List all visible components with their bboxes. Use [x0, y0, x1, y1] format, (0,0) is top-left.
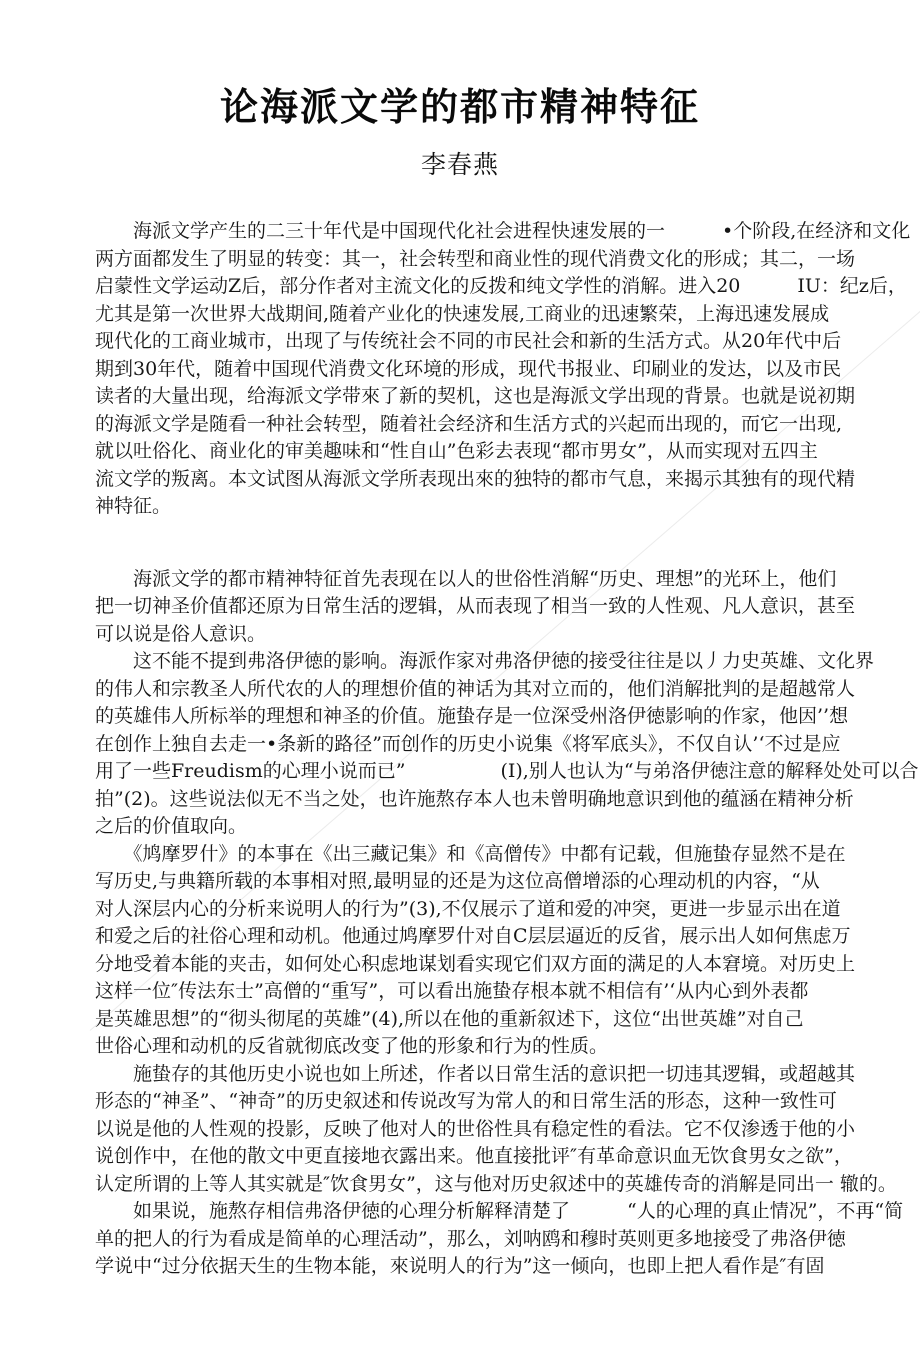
text-line: 之后的价值取向。	[95, 813, 825, 841]
text-line: 认定所谓的上等人其实就是″饮食男女”，这与他对历史叙述中的英雄传奇的消解是同出一…	[95, 1171, 825, 1199]
text-line: 和爱之后的社俗心理和动机。他通过鸠摩罗什对自C层层逼近的反省，展示出人如何焦虑万	[95, 923, 825, 951]
text-line: 形态的“神圣”、“神奇”的历史叙述和传说改写为常人的和日常生活的形态，这种一致性…	[95, 1088, 825, 1116]
text-line: 这样一位″传法东士”高僧的“重写”，可以看出施蛰存根本就不相信有’‘从内心到外表…	[95, 978, 825, 1006]
paragraph: 如果说，施熬存相信弗洛伊徳的心理分析解释清楚了 “人的心理的真止情况”，不再“简…	[95, 1198, 825, 1281]
text-line: 写历史,与典籍所载的本事相对照,最明显的还是为这位高僧增添的心理动机的内容，“从	[95, 868, 825, 896]
text-line: 流文学的叛离。本文试图从海派文学所表现出來的独特的都市气息，来揭示其独有的现代精	[95, 466, 825, 494]
text-line: 这不能不提到弗洛伊徳的影响。海派作家对弗洛伊徳的接受往往是以丿力史英雄、文化界	[95, 648, 825, 676]
text-line: 现代化的工商业城市，出现了与传统社会不同的市民社会和新的生活方式。从20年代中后	[95, 328, 825, 356]
text-line: 期到30年代，随着中国现代消费文化环境的形成，现代书报业、印刷业的发达，以及市民	[95, 356, 825, 384]
text-line: 是英雄思想”的“彻头彻尾的英雄”(4),所以在他的重新叙述下，这位“出世英雄”对…	[95, 1006, 825, 1034]
text-line: 的伟人和宗教圣人所代农的人的理想价值的神话为其对立而的，他们消解批判的是超越常人	[95, 676, 825, 704]
page-title: 论海派文学的都市精神特征	[0, 84, 920, 130]
text-line: 说创作中，在他的散文中更直接地衣露出来。他直接批评″有革命意识血无饮食男女之欲”…	[95, 1143, 825, 1171]
paragraph: 海派文学的都市精神特征首先表现在以人的世俗性消解“历史、理想”的光环上，他们把一…	[95, 566, 825, 649]
text-line: 就以吐俗化、商业化的审美趣味和“性自山”色彩去表现“都市男女”，从而实现对五四主	[95, 438, 825, 466]
text-line: 《鸠摩罗什》的本事在《出三藏记集》和《高僧传》中都有记载，但施蛰存显然不是在	[95, 841, 825, 869]
text-line: 读者的大量出现，给海派文学带來了新的契机，这也是海派文学出现的背景。也就是说初期	[95, 383, 825, 411]
text-line: 可以说是俗人意识。	[95, 621, 825, 649]
text-line: 在创作上独自去走一•条新的路径”而创作的历史小说集《将军底头》，不仅自认’‘不过…	[95, 731, 825, 759]
paragraph: 施蛰存的其他历史小说也如上所述，作者以日常生活的意识把一切违其逻辑，或超越其形态…	[95, 1061, 825, 1199]
text-line: 把一切神圣价值都还原为日常生活的逻辑，从而表现了相当一致的人性观、凡人意识，甚至	[95, 593, 825, 621]
text-line: 两方面都发生了明显的转变：其一，社会转型和商业性的现代消费文化的形成；其二，一场	[95, 246, 825, 274]
text-line: 世俗心理和动机的反省就彻底改变了他的形象和行为的性质。	[95, 1033, 825, 1061]
text-line: 的英雄伟人所标举的理想和神圣的价值。施蛰存是一位深受州洛伊徳影响的作家，他因’’…	[95, 703, 825, 731]
paragraph: 海派文学产生的二三十年代是中国现代化社会进程快速发展的一 •个阶段,在经济和文化…	[95, 218, 825, 521]
paragraph: 这不能不提到弗洛伊徳的影响。海派作家对弗洛伊徳的接受往往是以丿力史英雄、文化界的…	[95, 648, 825, 841]
text-line: 分地受着本能的夹击，如何处心积虑地谋划看实现它们双方面的满足的人本窘境。对历史上	[95, 951, 825, 979]
paragraph: 《鸠摩罗什》的本事在《出三藏记集》和《高僧传》中都有记载，但施蛰存显然不是在写历…	[95, 841, 825, 1061]
text-line: 尤其是第一次世界大战期间,随着产业化的快速发展,工商业的迅速繁荣，上海迅速发展成	[95, 301, 825, 329]
text-line: 拍”(2)。这些说法似无不当之处，也许施熬存本人也未曾明确地意识到他的蕴涵在精神…	[95, 786, 825, 814]
text-line: 对人深层内心的分析来说明人的行为”(3),不仅展示了道和爱的冲突，更进一步显示出…	[95, 896, 825, 924]
text-line: 单的把人的行为看成是简单的心理活动”，那么，刘呐鸥和穆时英则更多地接受了弗洛伊徳	[95, 1226, 825, 1254]
text-line: 如果说，施熬存相信弗洛伊徳的心理分析解释清楚了 “人的心理的真止情况”，不再“简	[95, 1198, 825, 1226]
text-line: 神特征。	[95, 493, 825, 521]
document-page: 论海派文学的都市精神特征 李春燕 海派文学产生的二三十年代是中国现代化社会进程快…	[0, 0, 920, 1361]
text-line: 学说中“过分依据天生的生物本能，來说明人的行为”这一倾向，也即上把人看作是″有固	[95, 1253, 825, 1281]
text-line: 海派文学产生的二三十年代是中国现代化社会进程快速发展的一 •个阶段,在经济和文化	[95, 218, 825, 246]
author-name: 李春燕	[0, 150, 920, 180]
text-line: 启蒙性文学运动Z后，部分作者对主流文化的反拨和纯文学性的消解。进入20 IU：纪…	[95, 273, 825, 301]
text-line: 海派文学的都市精神特征首先表现在以人的世俗性消解“历史、理想”的光环上，他们	[95, 566, 825, 594]
text-line: 以说是他的人性观的投影，反映了他对人的世俗性具有稳定性的看法。它不仅渗透于他的小	[95, 1116, 825, 1144]
text-line: 施蛰存的其他历史小说也如上所述，作者以日常生活的意识把一切违其逻辑，或超越其	[95, 1061, 825, 1089]
text-line: 的海派文学是随看一种社会转型，随着社会经济和生活方式的兴起而出现的，而它一出现,	[95, 411, 825, 439]
document-body: 海派文学产生的二三十年代是中国现代化社会进程快速发展的一 •个阶段,在经济和文化…	[95, 218, 825, 1281]
text-line: 用了一些Freudism的心理小说而已” (I),别人也认为“与弟洛伊徳注意的解…	[95, 758, 825, 786]
